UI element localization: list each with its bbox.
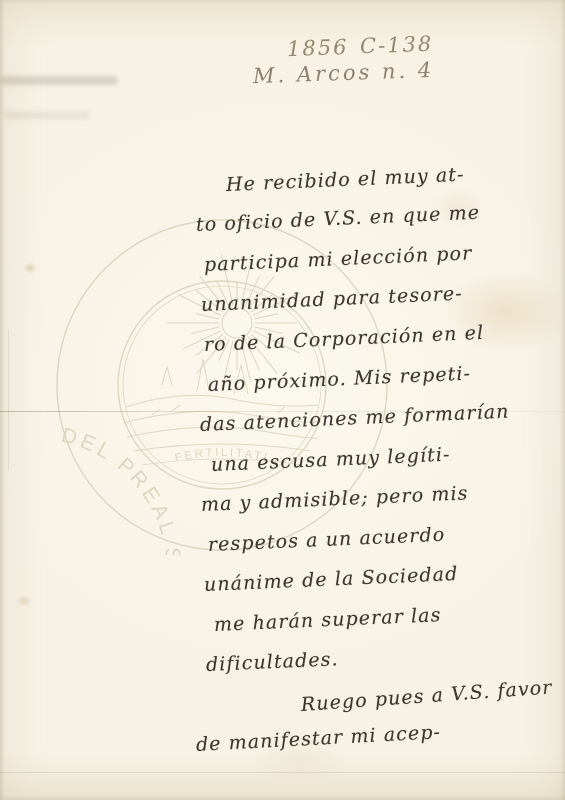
annotation-year: 1856	[287, 35, 349, 61]
letter-line: de manifestar mi acep-	[195, 708, 527, 765]
bleedthrough-mark	[0, 76, 118, 85]
fold-line	[0, 772, 565, 773]
letter-body: He recibido el muy at- to oficio de V.S.…	[196, 165, 526, 765]
bleedthrough-mark	[4, 112, 90, 119]
annotation-reference-code: C-138	[360, 32, 434, 59]
fold-line	[8, 330, 9, 470]
annotation-name-number: M. Arcos n. 4	[253, 58, 435, 88]
document-scan: REAL SOCIEDAD ECONOMICA VALENCIANA DE AM…	[0, 0, 565, 800]
